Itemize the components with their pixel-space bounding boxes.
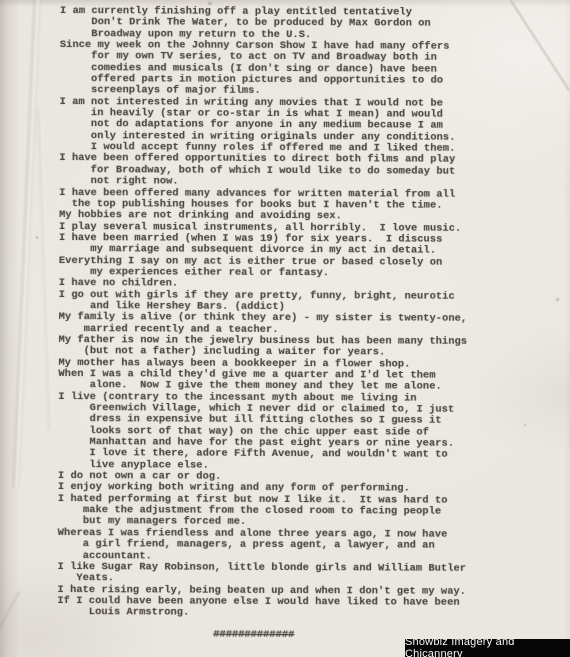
paper-document: I am currently finishing off a play enti… [0,0,570,657]
typed-text-wrap: I am currently finishing off a play enti… [0,6,570,642]
watermark-text: Showbiz Imagery and Chicannery [405,636,570,657]
typed-text-block: I am currently finishing off a play enti… [0,6,570,621]
typed-line: Louis Armstrong. [0,607,567,621]
paper-speck [208,2,212,5]
watermark-bar: Showbiz Imagery and Chicannery [405,639,570,657]
